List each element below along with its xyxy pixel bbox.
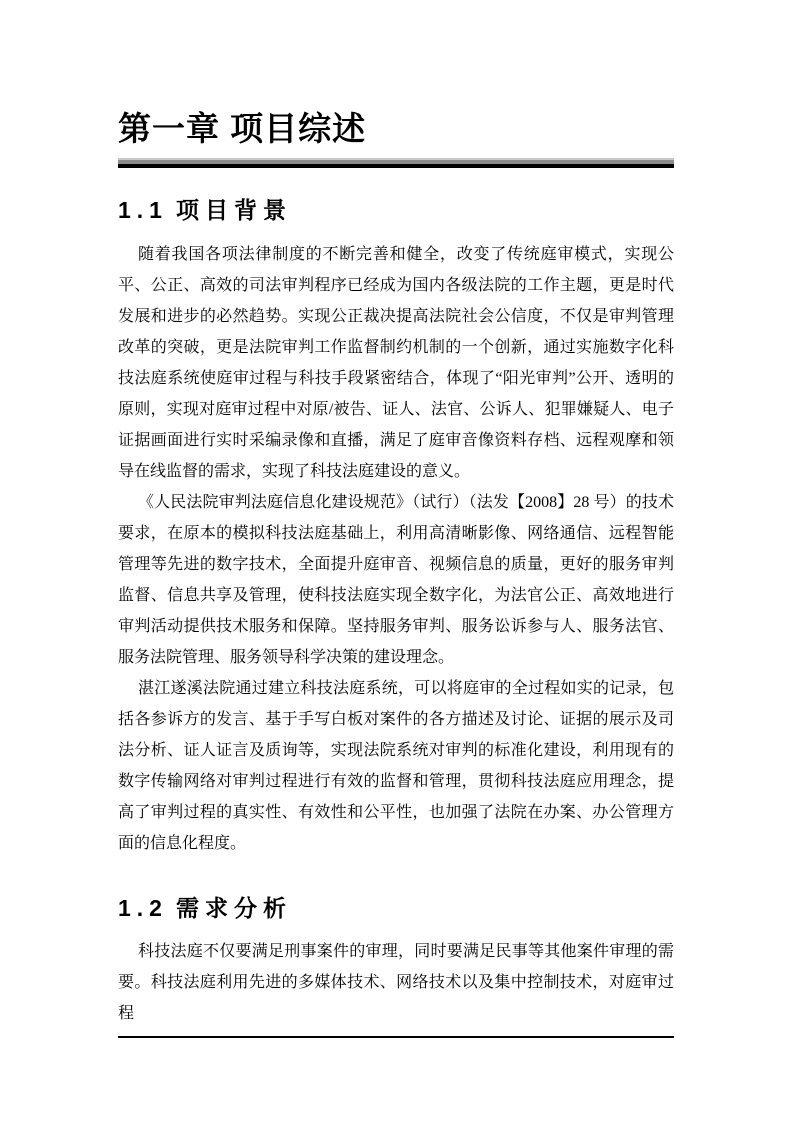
rule-black-band xyxy=(118,164,674,168)
paragraph-background-2: 《人民法院审判法庭信息化建设规范》（试行）（法发【2008】28 号）的技术要求… xyxy=(118,487,674,673)
section-heading-project-background: 1.1项目背景 xyxy=(118,197,674,225)
chapter-title: 第一章 项目综述 xyxy=(118,0,674,149)
section-title: 项目背景 xyxy=(176,197,292,223)
page-content: 第一章 项目综述 1.1项目背景 随着我国各项法律制度的不断完善和健全，改变了传… xyxy=(118,0,674,1029)
section-number: 1.2 xyxy=(118,895,168,921)
section-heading-requirements-analysis: 1.2需求分析 xyxy=(118,895,674,923)
document-page: 第一章 项目综述 1.1项目背景 随着我国各项法律制度的不断完善和健全，改变了传… xyxy=(0,0,793,1122)
section-number: 1.1 xyxy=(118,197,168,223)
paragraph-background-1: 随着我国各项法律制度的不断完善和健全，改变了传统庭审模式，实现公平、公正、高效的… xyxy=(118,239,674,487)
footer-rule xyxy=(118,1036,674,1038)
paragraph-requirements-1: 科技法庭不仅要满足刑事案件的审理，同时要满足民事等其他案件审理的需要。科技法庭利… xyxy=(118,936,674,1029)
paragraph-background-3: 湛江遂溪法院通过建立科技法庭系统，可以将庭审的全过程如实的记录，包括各参诉方的发… xyxy=(118,673,674,859)
chapter-title-rule xyxy=(118,158,674,168)
section-title: 需求分析 xyxy=(176,895,292,921)
